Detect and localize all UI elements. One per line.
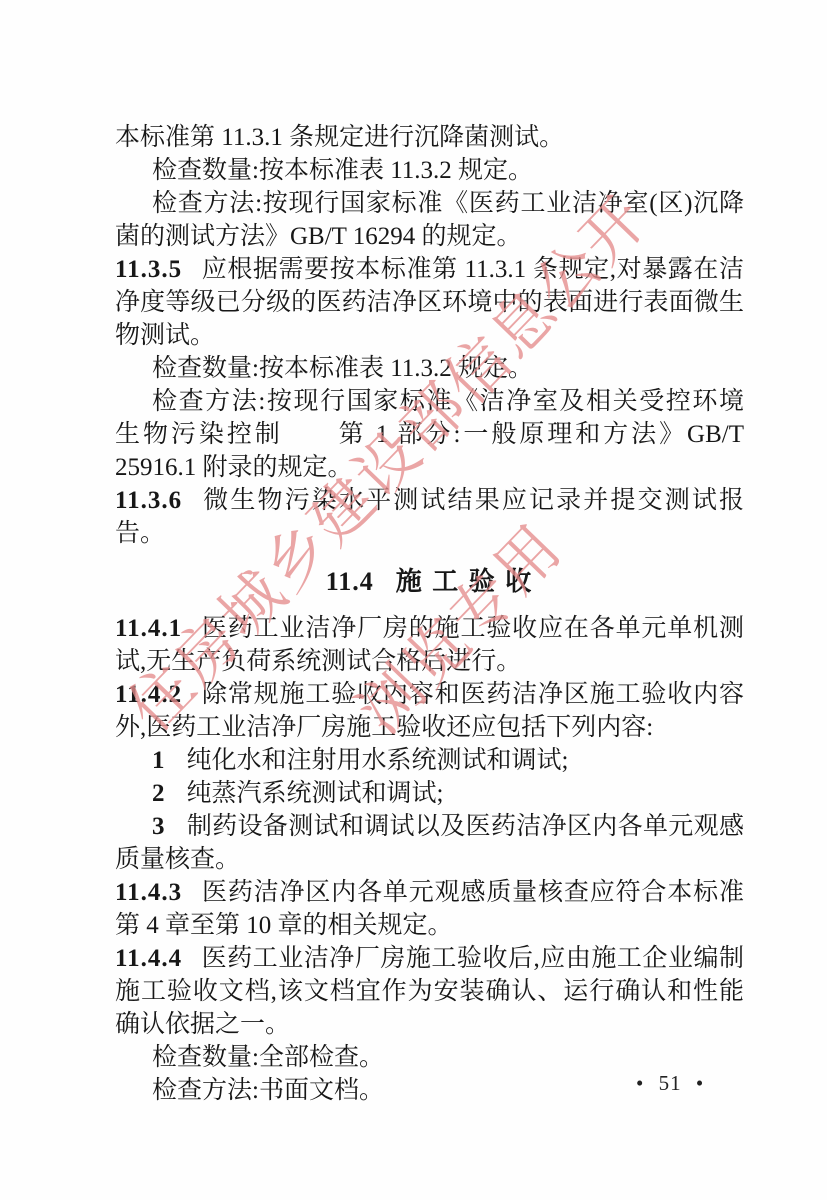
list-item-3: 3制药设备测试和调试以及医药洁净区内各单元观感质量核查。 [115,810,744,876]
clause-11-4-2: 11.4.2除常规施工验收内容和医药洁净区施工验收内容外,医药工业洁净厂房施工验… [115,678,744,744]
clause-11-4-4: 11.4.4医药工业洁净厂房施工验收后,应由施工企业编制施工验收文档,该文档宜作… [115,942,744,1041]
list-item-text: 纯化水和注射用水系统测试和调试; [187,747,569,774]
list-item-text: 纯蒸汽系统测试和调试; [187,780,444,807]
check-quantity-line: 检查数量:按本标准表 11.3.2 规定。 [115,154,744,187]
check-quantity-line: 检查数量:全部检查。 [115,1041,744,1074]
clause-number: 11.4.4 [115,945,201,972]
clause-11-3-5: 11.3.5应根据需要按本标准第 11.3.1 条规定,对暴露在洁净度等级已分级… [115,253,744,352]
list-item-1: 1纯化水和注射用水系统测试和调试; [115,744,744,777]
clause-text: 医药工业洁净厂房施工验收后,应由施工企业编制施工验收文档,该文档宜作为安装确认、… [115,945,744,1038]
list-item-number: 1 [152,747,187,774]
document-page: 本标准第 11.3.1 条规定进行沉降菌测试。 检查数量:按本标准表 11.3.… [0,0,827,1200]
clause-number: 11.4.1 [115,615,201,642]
clause-text: 应根据需要按本标准第 11.3.1 条规定,对暴露在洁净度等级已分级的医药洁净区… [115,256,744,349]
clause-11-3-6: 11.3.6微生物污染水平测试结果应记录并提交测试报告。 [115,484,744,550]
clause-text: 医药洁净区内各单元观感质量核查应符合本标准第 4 章至第 10 章的相关规定。 [115,879,744,939]
clause-11-4-1: 11.4.1医药工业洁净厂房的施工验收应在各单元单机测试,无生产负荷系统测试合格… [115,612,744,678]
list-item-number: 2 [152,780,187,807]
page-number: • 51 • [636,1071,704,1096]
section-number: 11.4 [326,567,396,596]
clause-number: 11.3.5 [115,256,201,283]
check-method-line: 检查方法:按现行国家标准《洁净室及相关受控环境 生物污染控制 第 1 部分:一般… [115,385,744,484]
check-method-line: 检查方法:按现行国家标准《医药工业洁净室(区)沉降菌的测试方法》GB/T 162… [115,187,744,253]
clause-number: 11.3.6 [115,487,201,514]
list-item-2: 2纯蒸汽系统测试和调试; [115,777,744,810]
section-heading-11-4: 11.4施 工 验 收 [115,565,744,598]
clause-number: 11.4.3 [115,879,201,906]
clause-number: 11.4.2 [115,681,201,708]
section-title: 施 工 验 收 [396,567,534,596]
document-body: 本标准第 11.3.1 条规定进行沉降菌测试。 检查数量:按本标准表 11.3.… [115,121,744,1107]
list-item-number: 3 [152,813,187,840]
check-quantity-line: 检查数量:按本标准表 11.3.2 规定。 [115,352,744,385]
clause-text: 医药工业洁净厂房的施工验收应在各单元单机测试,无生产负荷系统测试合格后进行。 [115,615,744,675]
paragraph-continuation: 本标准第 11.3.1 条规定进行沉降菌测试。 [115,121,744,154]
clause-11-4-3: 11.4.3医药洁净区内各单元观感质量核查应符合本标准第 4 章至第 10 章的… [115,876,744,942]
list-item-text: 制药设备测试和调试以及医药洁净区内各单元观感质量核查。 [115,813,744,873]
clause-text: 除常规施工验收内容和医药洁净区施工验收内容外,医药工业洁净厂房施工验收还应包括下… [115,681,744,741]
clause-text: 微生物污染水平测试结果应记录并提交测试报告。 [115,487,744,547]
